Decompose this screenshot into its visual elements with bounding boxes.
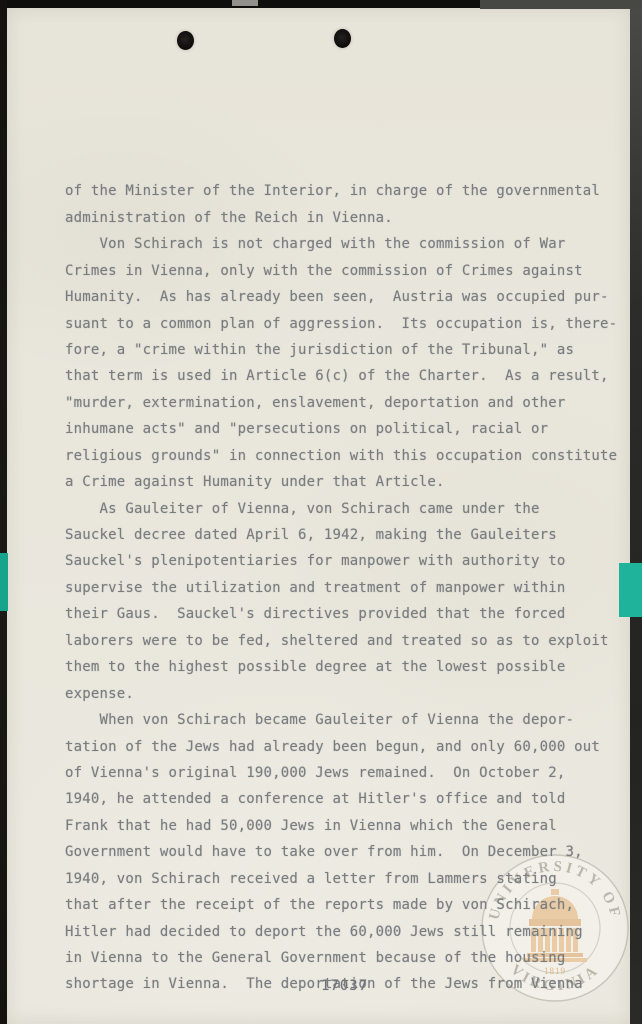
scan-edge-top-gray-segment [480, 0, 642, 9]
scan-edge-top-notch [232, 0, 258, 6]
text-line: Government would have to take over from … [65, 839, 620, 865]
teal-bookmark-left [0, 553, 8, 611]
text-line: Sauckel's plenipotentiaries for manpower… [65, 548, 620, 574]
text-line: When von Schirach became Gauleiter of Vi… [65, 707, 620, 733]
punch-hole-left [177, 31, 194, 50]
text-line: supervise the utilization and treatment … [65, 575, 620, 601]
text-line: administration of the Reich in Vienna. [65, 205, 620, 231]
scanned-document: UNIVERSITY OF VIRGINIA 1819 of the Minis… [0, 0, 642, 1024]
text-line: religious grounds" in connection with th… [65, 443, 620, 469]
text-line: 1940, von Schirach received a letter fro… [65, 866, 620, 892]
teal-bookmark-right [619, 563, 642, 617]
text-line: laborers were to be fed, sheltered and t… [65, 628, 620, 654]
text-line: Crimes in Vienna, only with the commissi… [65, 258, 620, 284]
text-line: suant to a common plan of aggression. It… [65, 311, 620, 337]
text-line: Von Schirach is not charged with the com… [65, 231, 620, 257]
text-line: in Vienna to the General Government beca… [65, 945, 620, 971]
text-line: inhumane acts" and "persecutions on poli… [65, 416, 620, 442]
text-line: that after the receipt of the reports ma… [65, 892, 620, 918]
text-line: "murder, extermination, enslavement, dep… [65, 390, 620, 416]
text-line: Frank that he had 50,000 Jews in Vienna … [65, 813, 620, 839]
punch-hole-right [334, 29, 351, 48]
text-line: tation of the Jews had already been begu… [65, 734, 620, 760]
scan-edge-right [630, 0, 642, 1024]
text-line: Humanity. As has already been seen, Aust… [65, 284, 620, 310]
typewritten-text: of the Minister of the Interior, in char… [65, 99, 620, 998]
text-line: of the Minister of the Interior, in char… [65, 178, 620, 204]
text-line: expense. [65, 681, 620, 707]
scan-edge-left [0, 0, 7, 1024]
text-line: Sauckel decree dated April 6, 1942, maki… [65, 522, 620, 548]
text-line: a Crime against Humanity under that Arti… [65, 469, 620, 495]
text-line: them to the highest possible degree at t… [65, 654, 620, 680]
text-line: of Vienna's original 190,000 Jews remain… [65, 760, 620, 786]
text-line: As Gauleiter of Vienna, von Schirach cam… [65, 496, 620, 522]
text-line: fore, a "crime within the jurisdiction o… [65, 337, 620, 363]
text-line: that term is used in Article 6(c) of the… [65, 363, 620, 389]
text-line: their Gaus. Sauckel's directives provide… [65, 601, 620, 627]
text-line: Hitler had decided to deport the 60,000 … [65, 919, 620, 945]
text-line: 1940, he attended a conference at Hitler… [65, 786, 620, 812]
page-number: 17037 [321, 978, 368, 994]
